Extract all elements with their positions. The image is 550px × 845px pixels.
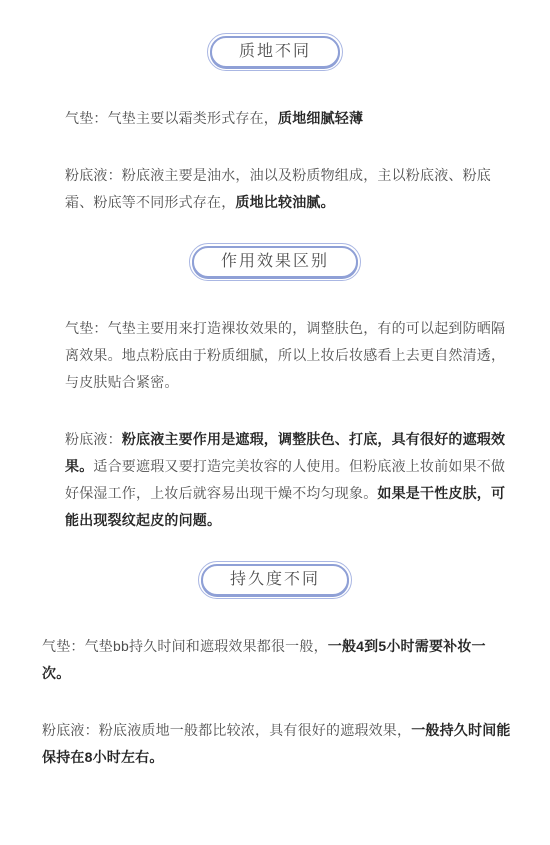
paragraph: 气垫：气垫主要用来打造裸妆效果的，调整肤色，有的可以起到防晒隔离效果。地点粉底由… <box>65 315 507 396</box>
article-section-3: 持久度不同气垫：气垫bb持久时间和遮瑕效果都很一般，一般4到5小时需要补妆一次。… <box>0 564 550 771</box>
section-heading-pill: 质地不同 <box>210 36 340 68</box>
text-run: 气垫：气垫主要以霜类形式存在， <box>65 110 278 126</box>
section-heading-pill: 持久度不同 <box>201 564 349 596</box>
article-page: 质地不同气垫：气垫主要以霜类形式存在，质地细腻轻薄粉底液：粉底液主要是油水，油以… <box>0 0 550 845</box>
text-run: 粉底液： <box>65 431 122 447</box>
text-run: 气垫：气垫主要用来打造裸妆效果的，调整肤色，有的可以起到防晒隔离效果。地点粉底由… <box>65 320 505 390</box>
text-run: 气垫：气垫bb持久时间和遮瑕效果都很一般， <box>42 638 328 654</box>
paragraph: 气垫：气垫bb持久时间和遮瑕效果都很一般，一般4到5小时需要补妆一次。 <box>42 633 512 687</box>
section-heading-row: 作用效果区别 <box>0 246 550 278</box>
paragraph: 粉底液：粉底液主要作用是遮瑕，调整肤色、打底，具有很好的遮瑕效果。适合要遮瑕又要… <box>65 426 507 534</box>
article-section-1: 质地不同气垫：气垫主要以霜类形式存在，质地细腻轻薄粉底液：粉底液主要是油水，油以… <box>0 36 550 216</box>
paragraph: 粉底液：粉底液主要是油水，油以及粉质物组成，主以粉底液、粉底霜、粉底等不同形式存… <box>65 162 507 216</box>
paragraph: 粉底液：粉底液质地一般都比较浓，具有很好的遮瑕效果，一般持久时间能保持在8小时左… <box>42 717 512 771</box>
bold-text-run: 质地细腻轻薄 <box>278 110 363 126</box>
article-section-2: 作用效果区别气垫：气垫主要用来打造裸妆效果的，调整肤色，有的可以起到防晒隔离效果… <box>0 246 550 534</box>
bold-text-run: 质地比较油腻。 <box>235 194 334 210</box>
text-run: 粉底液：粉底液质地一般都比较浓，具有很好的遮瑕效果， <box>42 722 411 738</box>
section-heading-row: 持久度不同 <box>0 564 550 596</box>
section-heading-pill: 作用效果区别 <box>192 246 358 278</box>
section-heading-row: 质地不同 <box>0 36 550 68</box>
paragraph: 气垫：气垫主要以霜类形式存在，质地细腻轻薄 <box>65 105 507 132</box>
